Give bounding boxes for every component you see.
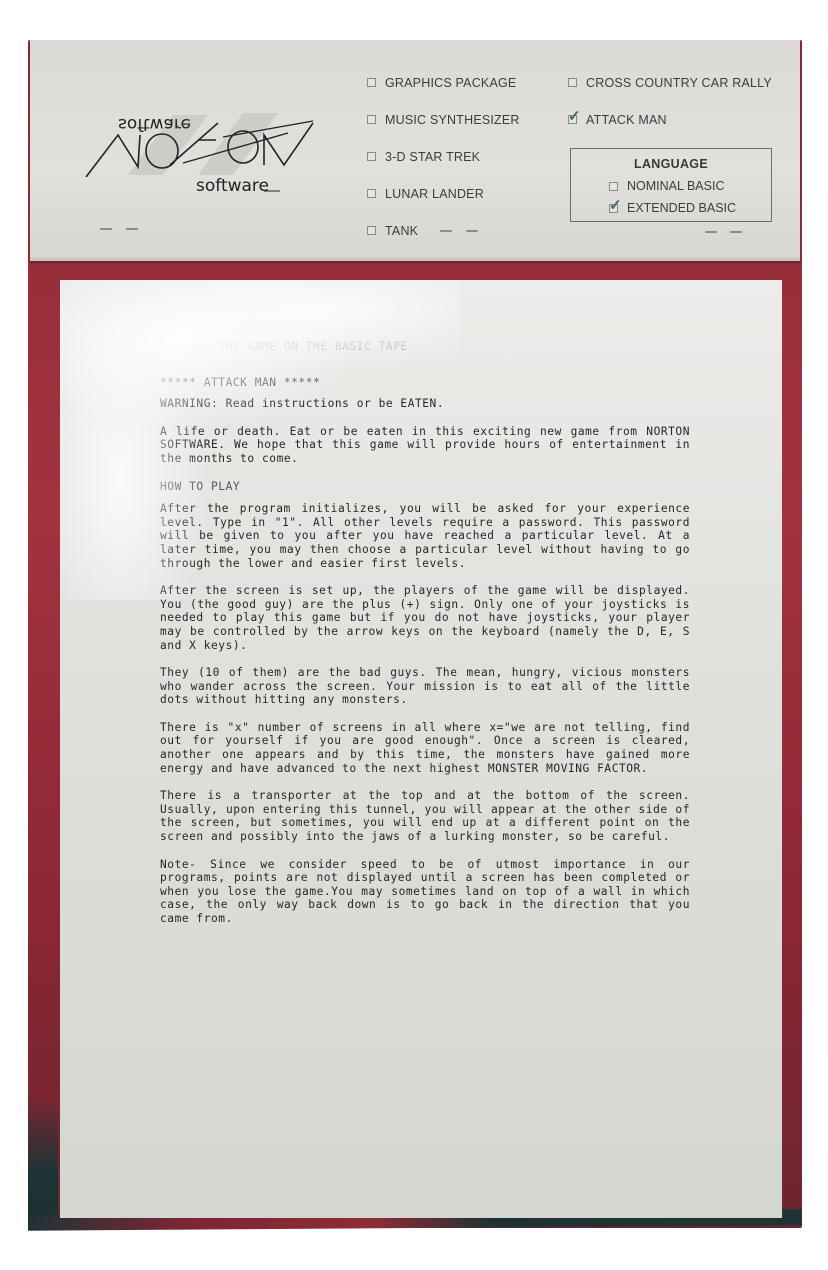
checkmark-icon: ✓ xyxy=(568,110,582,124)
checkbox-icon[interactable] xyxy=(367,78,376,87)
paragraph: There is "x" number of screens in all wh… xyxy=(160,721,690,775)
checkbox-icon[interactable] xyxy=(367,152,376,161)
checkbox-checked-icon[interactable]: ✓ xyxy=(609,204,618,213)
checkmark-icon: ✓ xyxy=(609,199,623,213)
paragraph: They (10 of them) are the bad guys. The … xyxy=(160,666,690,707)
paragraph: After the program initializes, you will … xyxy=(160,502,690,570)
product-attack-man[interactable]: ✓ ATTACK MAN xyxy=(568,101,772,138)
paragraph: There is a transporter at the top and at… xyxy=(160,789,690,843)
staple-mark xyxy=(730,231,742,233)
product-graphics-package[interactable]: GRAPHICS PACKAGE xyxy=(367,64,520,101)
product-3d-star-trek[interactable]: 3-D STAR TREK xyxy=(367,138,520,175)
product-label: MUSIC SYNTHESIZER xyxy=(385,113,520,127)
product-label: LUNAR LANDER xyxy=(385,187,484,201)
intro-paragraph: A life or death. Eat or be eaten in this… xyxy=(160,425,690,466)
paragraph: Note- Since we consider speed to be of u… xyxy=(160,858,690,926)
language-extended-basic[interactable]: ✓ EXTENDED BASIC xyxy=(609,201,736,215)
checkbox-icon[interactable] xyxy=(568,78,577,87)
staple-mark xyxy=(466,230,478,232)
product-label: TANK xyxy=(385,224,418,238)
staple-mark xyxy=(126,228,138,230)
product-label: 3-D STAR TREK xyxy=(385,150,480,164)
checkbox-checked-icon[interactable]: ✓ xyxy=(568,115,577,124)
svg-text:software: software xyxy=(118,114,191,134)
checkbox-icon[interactable] xyxy=(367,189,376,198)
product-lunar-lander[interactable]: LUNAR LANDER xyxy=(367,175,520,212)
norton-software-logo: software software xyxy=(78,95,318,195)
language-label: EXTENDED BASIC xyxy=(627,201,736,215)
document-title: ***** ATTACK MAN ***** xyxy=(160,376,690,390)
product-label: ATTACK MAN xyxy=(586,113,667,127)
checkbox-icon[interactable] xyxy=(609,182,618,191)
staple-mark xyxy=(705,231,717,233)
product-label: GRAPHICS PACKAGE xyxy=(385,76,516,90)
staple-mark xyxy=(100,228,112,230)
paragraph: After the screen is set up, the players … xyxy=(160,584,690,652)
show-through-text: LOADING THE GAME ON THE BASIC TAPE xyxy=(160,340,690,354)
checkbox-icon[interactable] xyxy=(367,115,376,124)
svg-text:software: software xyxy=(196,176,269,195)
language-label: NOMINAL BASIC xyxy=(627,179,724,193)
language-title: LANGUAGE xyxy=(571,157,771,171)
product-music-synthesizer[interactable]: MUSIC SYNTHESIZER xyxy=(367,101,520,138)
warning-text: WARNING: Read instructions or be EATEN. xyxy=(160,397,690,411)
logo-graphic: software software xyxy=(78,95,318,195)
language-nominal-basic[interactable]: NOMINAL BASIC xyxy=(609,179,724,193)
checkbox-icon[interactable] xyxy=(367,226,376,235)
product-cross-country-car-rally[interactable]: CROSS COUNTRY CAR RALLY xyxy=(568,64,772,101)
product-list-right: CROSS COUNTRY CAR RALLY ✓ ATTACK MAN xyxy=(568,64,772,138)
folder-shadow xyxy=(28,1100,58,1228)
product-label: CROSS COUNTRY CAR RALLY xyxy=(586,76,772,90)
language-box: LANGUAGE NOMINAL BASIC ✓ EXTENDED BASIC xyxy=(570,148,772,222)
header-card: software software GRAPHICS PACKAGE MUSIC… xyxy=(30,40,800,261)
instructions-text: LOADING THE GAME ON THE BASIC TAPE *****… xyxy=(160,340,690,940)
staple-mark xyxy=(440,230,452,232)
how-to-play-heading: HOW TO PLAY xyxy=(160,480,690,494)
product-list-left: GRAPHICS PACKAGE MUSIC SYNTHESIZER 3-D S… xyxy=(367,64,520,249)
